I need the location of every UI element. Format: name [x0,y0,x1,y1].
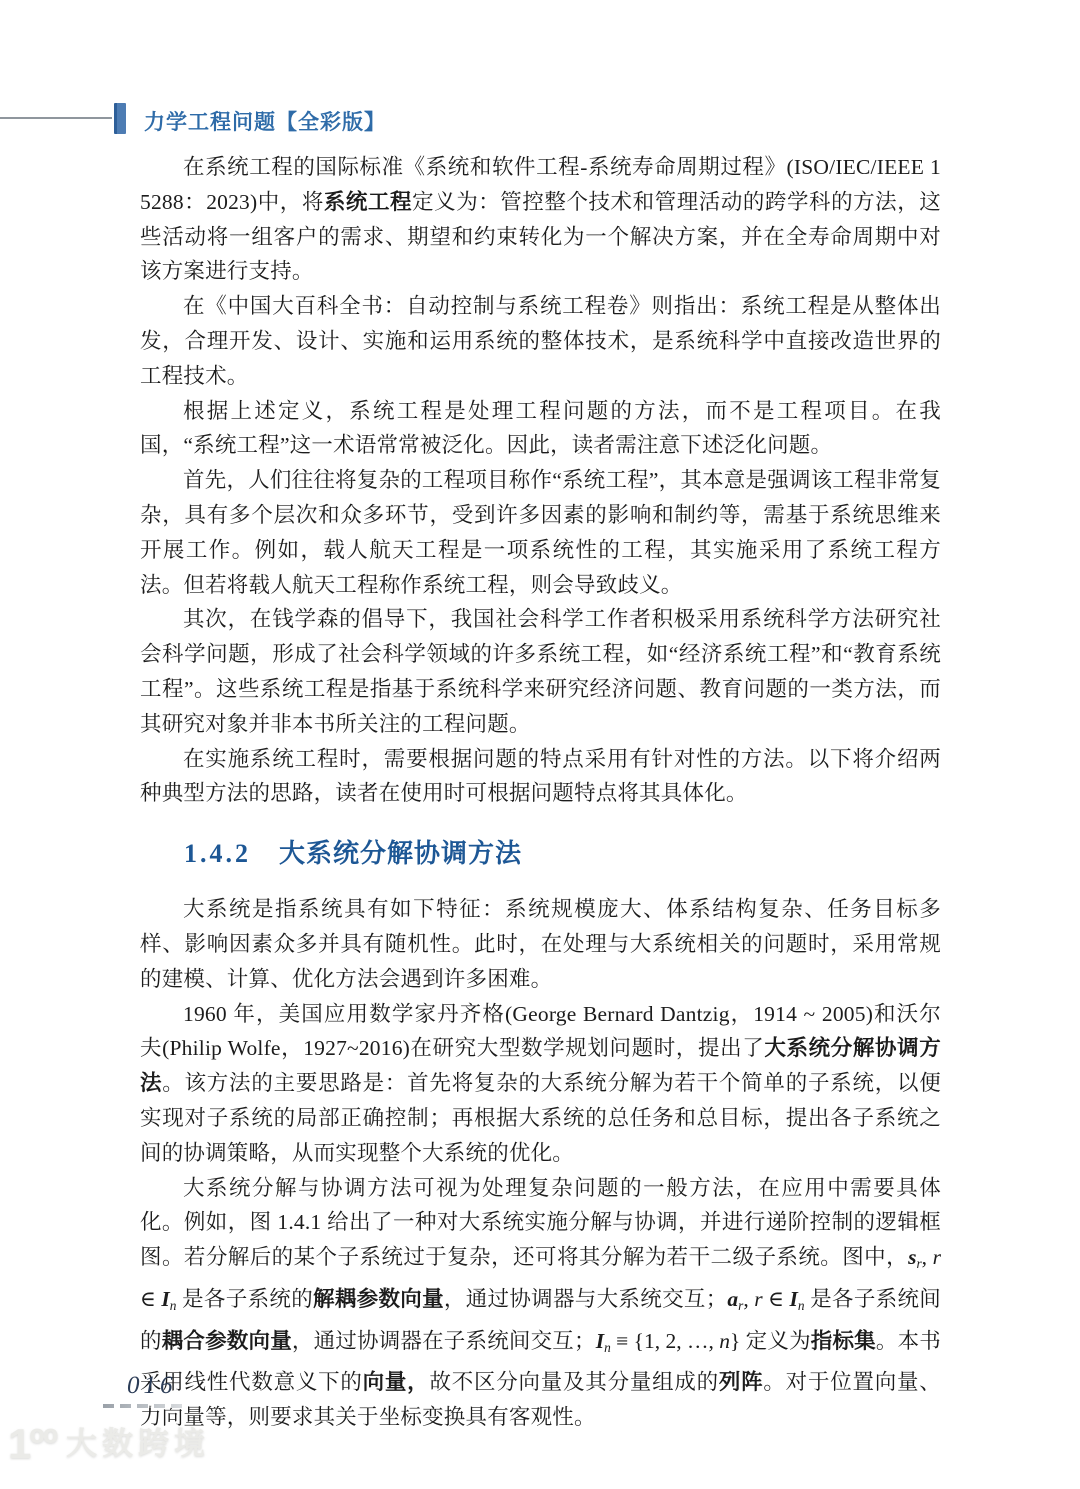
body-content: 在系统工程的国际标准《系统和软件工程-系统寿命周期过程》(ISO/IEC/IEE… [140,150,941,1435]
paragraph: 大系统分解与协调方法可视为处理复杂问题的一般方法，在应用中需要具体化。例如，图 … [140,1171,941,1436]
page-number-dashes [103,1404,187,1408]
paragraph: 其次，在钱学森的倡导下，我国社会科学工作者积极采用系统科学方法研究社会科学问题，… [140,602,941,741]
paragraph: 在实施系统工程时，需要根据问题的特点采用有针对性的方法。以下将介绍两种典型方法的… [140,742,941,812]
header-accent-bar [114,103,126,134]
watermark: 1ºº 大数跨境 [8,1424,210,1464]
header-rule [0,117,112,119]
paragraph: 在《中国大百科全书：自动控制与系统工程卷》则指出：系统工程是从整体出发，合理开发… [140,289,941,393]
watermark-logo-icon: 1ºº [8,1424,56,1464]
paragraph: 根据上述定义，系统工程是处理工程问题的方法，而不是工程项目。在我国，“系统工程”… [140,394,941,464]
section-number: 1.4.2 [184,839,251,868]
paragraph: 大系统是指系统具有如下特征：系统规模庞大、体系结构复杂、任务目标多样、影响因素众… [140,892,941,996]
page-number: 016 [127,1372,177,1400]
section-title: 大系统分解协调方法 [279,838,522,868]
book-title: 力学工程问题【全彩版】 [144,106,386,136]
paragraph: 1960 年，美国应用数学家丹齐格(George Bernard Dantzig… [140,997,941,1171]
running-header: 力学工程问题【全彩版】 [0,102,1080,136]
section-heading: 1.4.2大系统分解协调方法 [184,835,941,872]
paragraph: 在系统工程的国际标准《系统和软件工程-系统寿命周期过程》(ISO/IEC/IEE… [140,150,941,289]
watermark-text: 大数跨境 [66,1424,210,1464]
paragraph: 首先，人们往往将复杂的工程项目称作“系统工程”，其本意是强调该工程非常复杂，具有… [140,463,941,602]
